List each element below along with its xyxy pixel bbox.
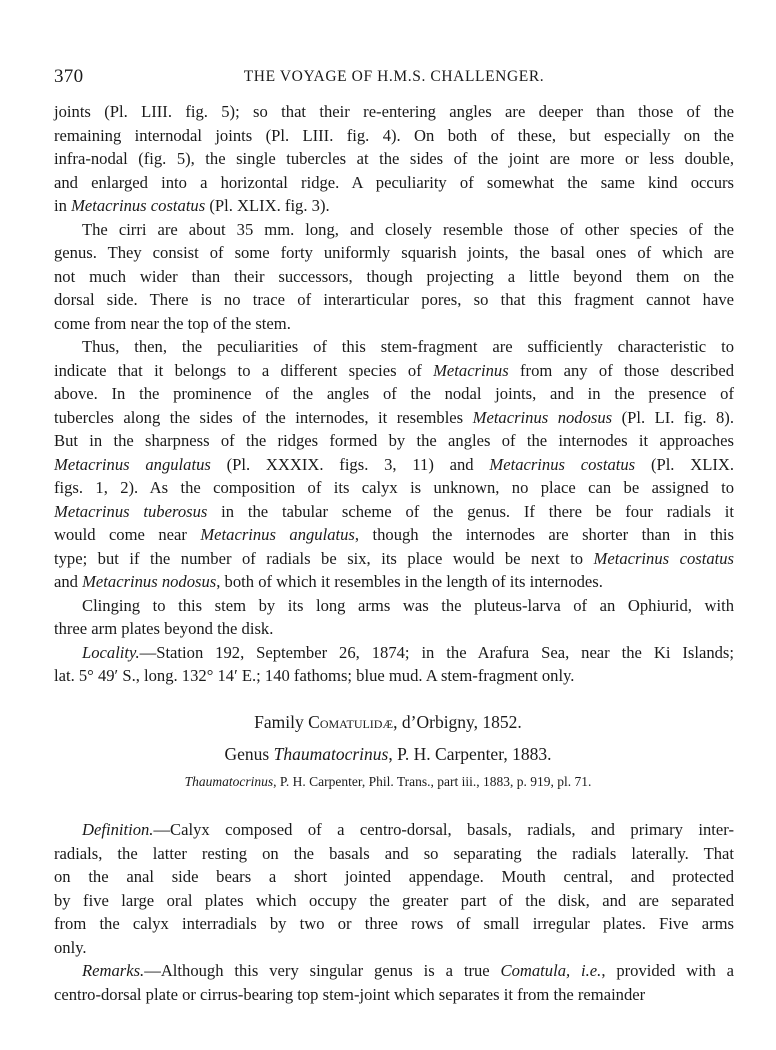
paragraph: Clinging to this stem by its long arms w…: [54, 594, 734, 641]
text-line: Metacrinus tuberosus in the tabular sche…: [54, 500, 734, 524]
genus-author: , P. H. Carpenter, 1883.: [388, 744, 551, 764]
text-line: figs. 1, 2). As the composition of its c…: [54, 476, 734, 500]
text-line: only.: [54, 936, 734, 960]
text-line: Metacrinus angulatus (Pl. XXXIX. figs. 3…: [54, 453, 734, 477]
text-line: tubercles along the sides of the interno…: [54, 406, 734, 430]
text-line: The cirri are about 35 mm. long, and clo…: [54, 218, 734, 242]
text-line: centro-dorsal plate or cirrus-bearing to…: [54, 983, 734, 1007]
text-line: radials, the latter resting on the basal…: [54, 842, 734, 866]
family-name: Comatulidæ: [308, 712, 393, 732]
family-prefix: Family: [254, 712, 308, 732]
synonymy-reference: , P. H. Carpenter, Phil. Trans., part ii…: [273, 774, 591, 789]
text-line: by five large oral plates which occupy t…: [54, 889, 734, 913]
text-line: remaining internodal joints (Pl. LIII. f…: [54, 124, 734, 148]
synonymy-name: Thaumatocrinus: [185, 774, 274, 789]
text-line: joints (Pl. LIII. fig. 5); so that their…: [54, 100, 734, 124]
genus-prefix: Genus: [225, 744, 274, 764]
text-line: indicate that it belongs to a different …: [54, 359, 734, 383]
family-author: , d’Orbigny, 1852.: [393, 712, 522, 732]
text-line: would come near Metacrinus angulatus, th…: [54, 523, 734, 547]
text-line: type; but if the number of radials be si…: [54, 547, 734, 571]
text-line: genus. They consist of some forty unifor…: [54, 241, 734, 265]
text-line: dorsal side. There is no trace of intera…: [54, 288, 734, 312]
body-text-upper: joints (Pl. LIII. fig. 5); so that their…: [54, 100, 734, 688]
text-line: come from near the top of the stem.: [54, 312, 734, 336]
paragraph: Locality.—Station 192, September 26, 187…: [54, 641, 734, 688]
text-line: Thus, then, the peculiarities of this st…: [54, 335, 734, 359]
document-page: 370 THE VOYAGE OF H.M.S. CHALLENGER. joi…: [0, 0, 776, 1050]
text-line: in Metacrinus costatus (Pl. XLIX. fig. 3…: [54, 194, 734, 218]
text-line: not much wider than their successors, th…: [54, 265, 734, 289]
text-line: But in the sharpness of the ridges forme…: [54, 429, 734, 453]
text-line: above. In the prominence of the angles o…: [54, 382, 734, 406]
synonymy-citation: Thaumatocrinus, P. H. Carpenter, Phil. T…: [0, 774, 776, 790]
body-text-lower: Definition.—Calyx composed of a centro-d…: [54, 818, 734, 1006]
text-line: Clinging to this stem by its long arms w…: [54, 594, 734, 618]
text-line: and enlarged into a horizontal ridge. A …: [54, 171, 734, 195]
paragraph: The cirri are about 35 mm. long, and clo…: [54, 218, 734, 336]
paragraph: Thus, then, the peculiarities of this st…: [54, 335, 734, 594]
text-line: on the anal side bears a short jointed a…: [54, 865, 734, 889]
running-title: THE VOYAGE OF H.M.S. CHALLENGER.: [54, 68, 734, 86]
text-line: three arm plates beyond the disk.: [54, 617, 734, 641]
family-heading: Family Comatulidæ, d’Orbigny, 1852.: [0, 712, 776, 733]
text-line: from the calyx interradials by two or th…: [54, 912, 734, 936]
paragraph: Remarks.—Although this very singular gen…: [54, 959, 734, 1006]
running-head: 370 THE VOYAGE OF H.M.S. CHALLENGER.: [54, 66, 734, 90]
genus-name: Thaumatocrinus: [274, 744, 389, 764]
paragraph: Definition.—Calyx composed of a centro-d…: [54, 818, 734, 959]
paragraph: joints (Pl. LIII. fig. 5); so that their…: [54, 100, 734, 218]
text-line: Remarks.—Although this very singular gen…: [54, 959, 734, 983]
text-line: infra-nodal (fig. 5), the single tubercl…: [54, 147, 734, 171]
text-line: and Metacrinus nodosus, both of which it…: [54, 570, 734, 594]
text-line: Locality.—Station 192, September 26, 187…: [54, 641, 734, 665]
text-line: Definition.—Calyx composed of a centro-d…: [54, 818, 734, 842]
genus-heading: Genus Thaumatocrinus, P. H. Carpenter, 1…: [0, 744, 776, 765]
text-line: lat. 5° 49′ S., long. 132° 14′ E.; 140 f…: [54, 664, 734, 688]
